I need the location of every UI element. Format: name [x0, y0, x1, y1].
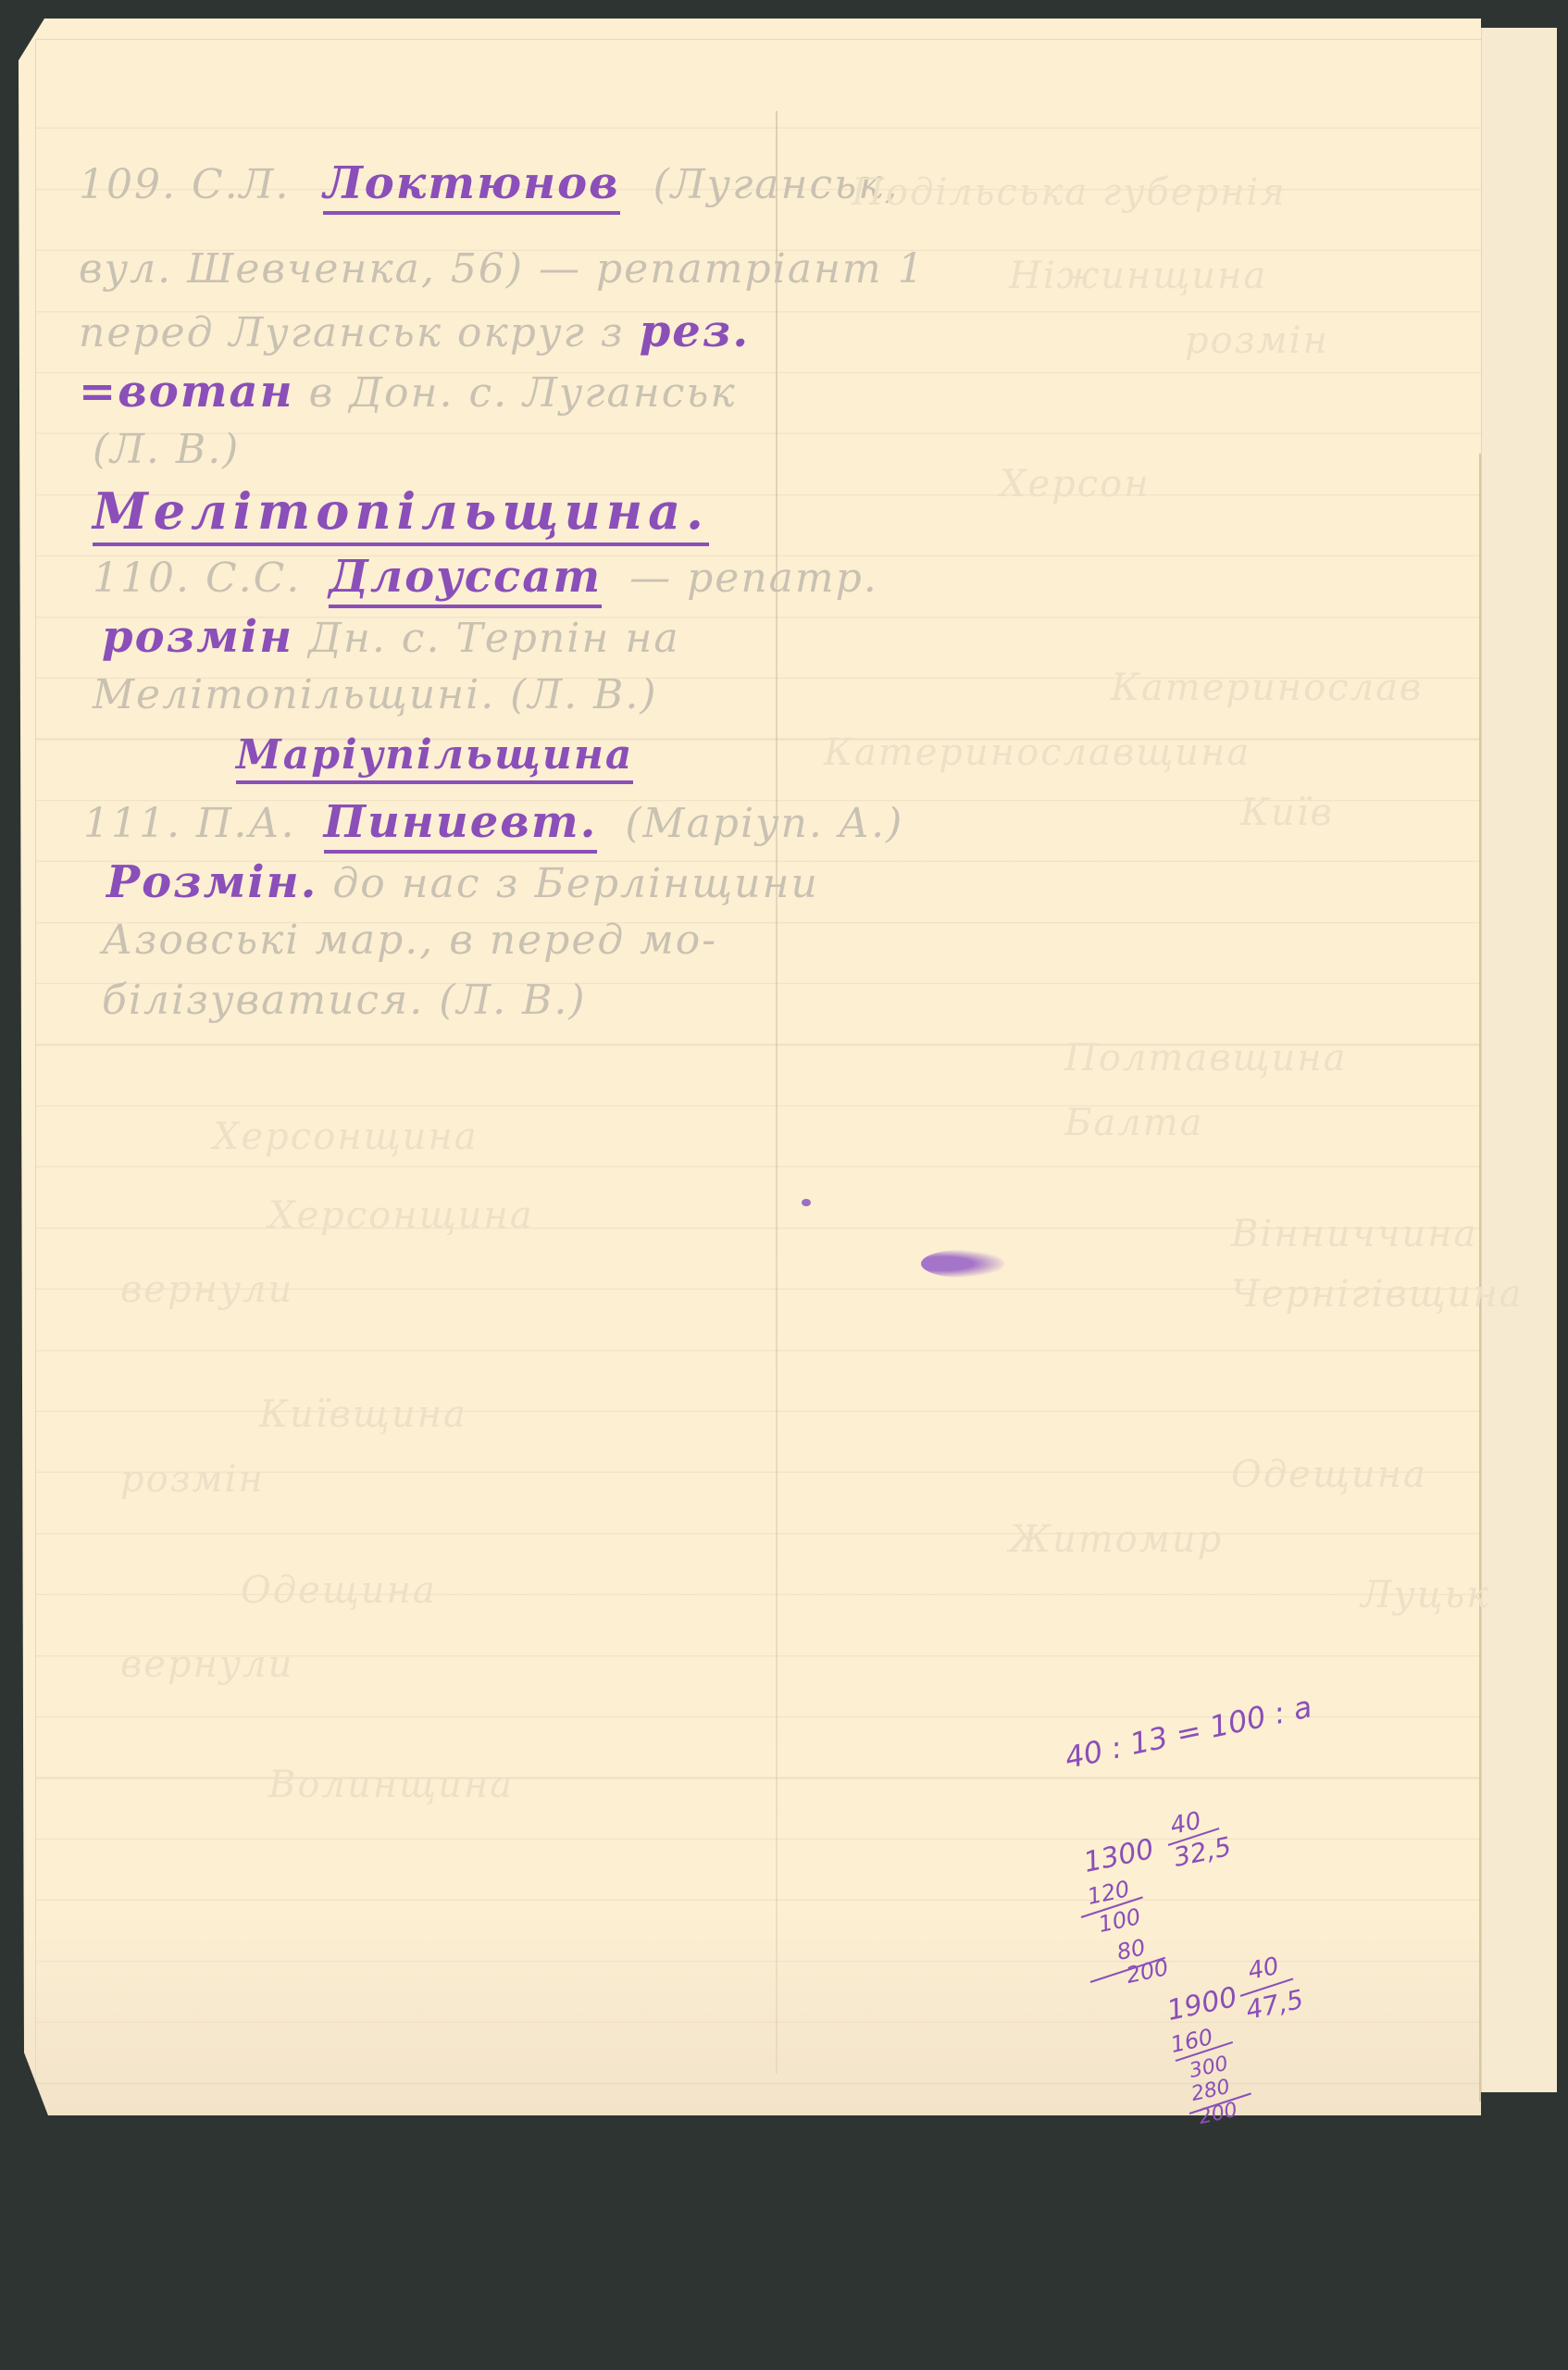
ghost-text: Херсон — [1000, 463, 1151, 505]
entry-109-line4: =вотан в Дон. с. Луганськ — [79, 366, 737, 418]
entry-number: 109. С.Л. — [79, 161, 290, 208]
ghost-text: Катеринослав — [1111, 667, 1423, 709]
ghost-text: Херсонщина — [268, 1194, 534, 1237]
ghost-text: Чернігівщина — [1231, 1273, 1524, 1316]
entry-109-line2: вул. Шевченка, 56) — репатріант 1 — [79, 245, 926, 293]
ghost-text: Одещина — [1231, 1453, 1427, 1496]
ghost-text: розмін — [120, 1458, 265, 1501]
ghost-text: Подільська губернія — [852, 171, 1287, 214]
entry-110-line1: 110. С.С. Длоуссат — репатр. — [93, 551, 878, 603]
entry-109-line1: 109. С.Л. Локтюнов (Луганськ, — [79, 157, 899, 209]
text: до нас з Берлінщини — [332, 860, 819, 907]
ghost-text: Ніжинщина — [1009, 255, 1267, 297]
section-heading-melitopol: Мелітопільщина. — [93, 481, 709, 546]
entry-109-line5: (Л. В.) — [93, 426, 240, 473]
person-name: Длоуссат — [329, 551, 602, 608]
highlight-text: рез. — [640, 306, 750, 357]
entry-111-line4: білізуватися. (Л. В.) — [102, 977, 587, 1024]
ghost-text: Вінниччина — [1231, 1213, 1477, 1255]
ghost-text: розмін — [1185, 319, 1329, 362]
text: перед Луганськ округ з — [79, 309, 625, 356]
person-name: Пиниевт. — [324, 796, 598, 854]
ghost-text: вернули — [120, 1268, 293, 1311]
ghost-text: вернули — [120, 1643, 293, 1686]
entry-109-line3: перед Луганськ округ з рез. — [79, 306, 750, 357]
ghost-text: Херсонщина — [213, 1116, 479, 1158]
text: Дн. с. Терпін на — [308, 615, 680, 662]
text: (Маріуп. А.) — [625, 800, 903, 847]
entry-110-line2: розмін Дн. с. Терпін на — [102, 611, 680, 663]
highlight-text: Розмін. — [106, 856, 317, 908]
text: — репатр. — [629, 555, 878, 602]
entry-111-line3: Азовські мар., в перед мо- — [102, 917, 717, 964]
center-fold-line — [776, 111, 778, 2074]
highlight-text: розмін — [102, 611, 293, 663]
ghost-text: Балта — [1064, 1102, 1204, 1144]
person-name: Локтюнов — [323, 157, 619, 215]
entry-111-line2: Розмін. до нас з Берлінщини — [106, 856, 819, 908]
ghost-text: Луцьк — [1361, 1574, 1490, 1616]
ghost-text: Катеринославщина — [824, 731, 1251, 774]
underlying-page — [1472, 28, 1557, 2092]
entry-110-line3: Мелітопільщині. (Л. В.) — [93, 671, 658, 718]
ghost-text: Одещина — [241, 1569, 437, 1612]
ghost-text: Київ — [1240, 792, 1334, 834]
ghost-text: Київщина — [259, 1393, 467, 1436]
ghost-text: Полтавщина — [1064, 1037, 1348, 1079]
ink-speck — [802, 1199, 811, 1206]
text: в Дон. с. Луганськ — [309, 369, 737, 417]
highlight-text: =вотан — [79, 366, 294, 418]
page-fold — [1481, 28, 1482, 2092]
ink-blot — [921, 1250, 1004, 1278]
entry-111-line1: 111. П.А. Пиниевт. (Маріуп. А.) — [83, 796, 903, 848]
section-heading-mariupol: Маріупільщина — [236, 731, 633, 784]
ghost-text: Волинщина — [268, 1764, 514, 1806]
ghost-text: Житомир — [1009, 1518, 1223, 1561]
entry-number: 110. С.С. — [93, 555, 301, 602]
entry-number: 111. П.А. — [83, 800, 296, 847]
